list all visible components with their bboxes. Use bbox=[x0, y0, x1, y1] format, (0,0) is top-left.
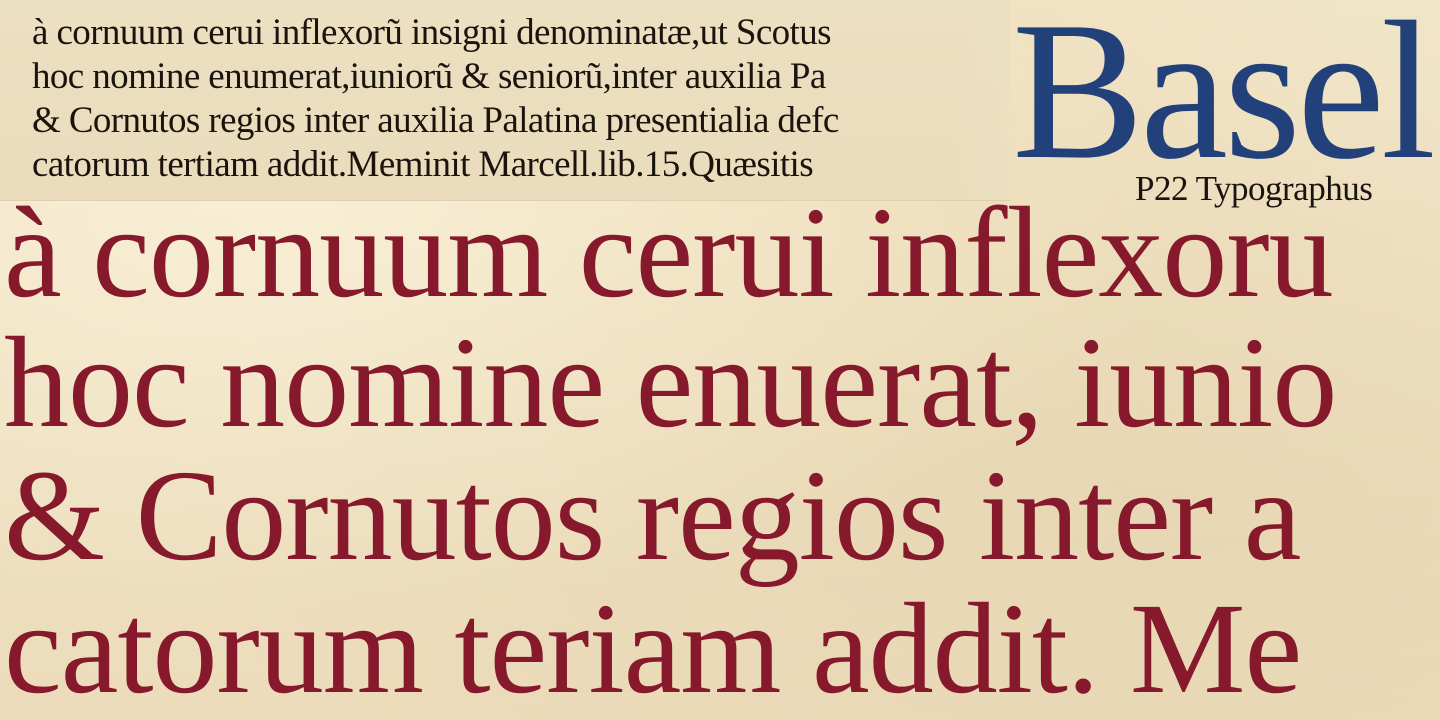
scan-line: catorum tertiam addit.Meminit Marcell.li… bbox=[32, 146, 813, 183]
display-line: hoc nomine enuerat, iunio bbox=[4, 318, 1336, 448]
display-line: à cornuum cerui inflexoru bbox=[4, 188, 1333, 318]
scan-fade-edge bbox=[950, 0, 1010, 200]
historical-scan-sample: à cornuum cerui inflexorũ insigni denomi… bbox=[0, 0, 1010, 201]
scan-line: à cornuum cerui inflexorũ insigni denomi… bbox=[32, 14, 831, 51]
scan-line: hoc nomine enumerat,iuniorũ & seniorũ,in… bbox=[32, 58, 826, 95]
display-line: & Cornutos regios inter a bbox=[4, 451, 1300, 581]
font-title: Basel bbox=[1012, 0, 1432, 190]
display-line: catorum teriam addit. Me bbox=[4, 584, 1301, 714]
scan-line: & Cornutos regios inter auxilia Palatina… bbox=[32, 102, 839, 139]
